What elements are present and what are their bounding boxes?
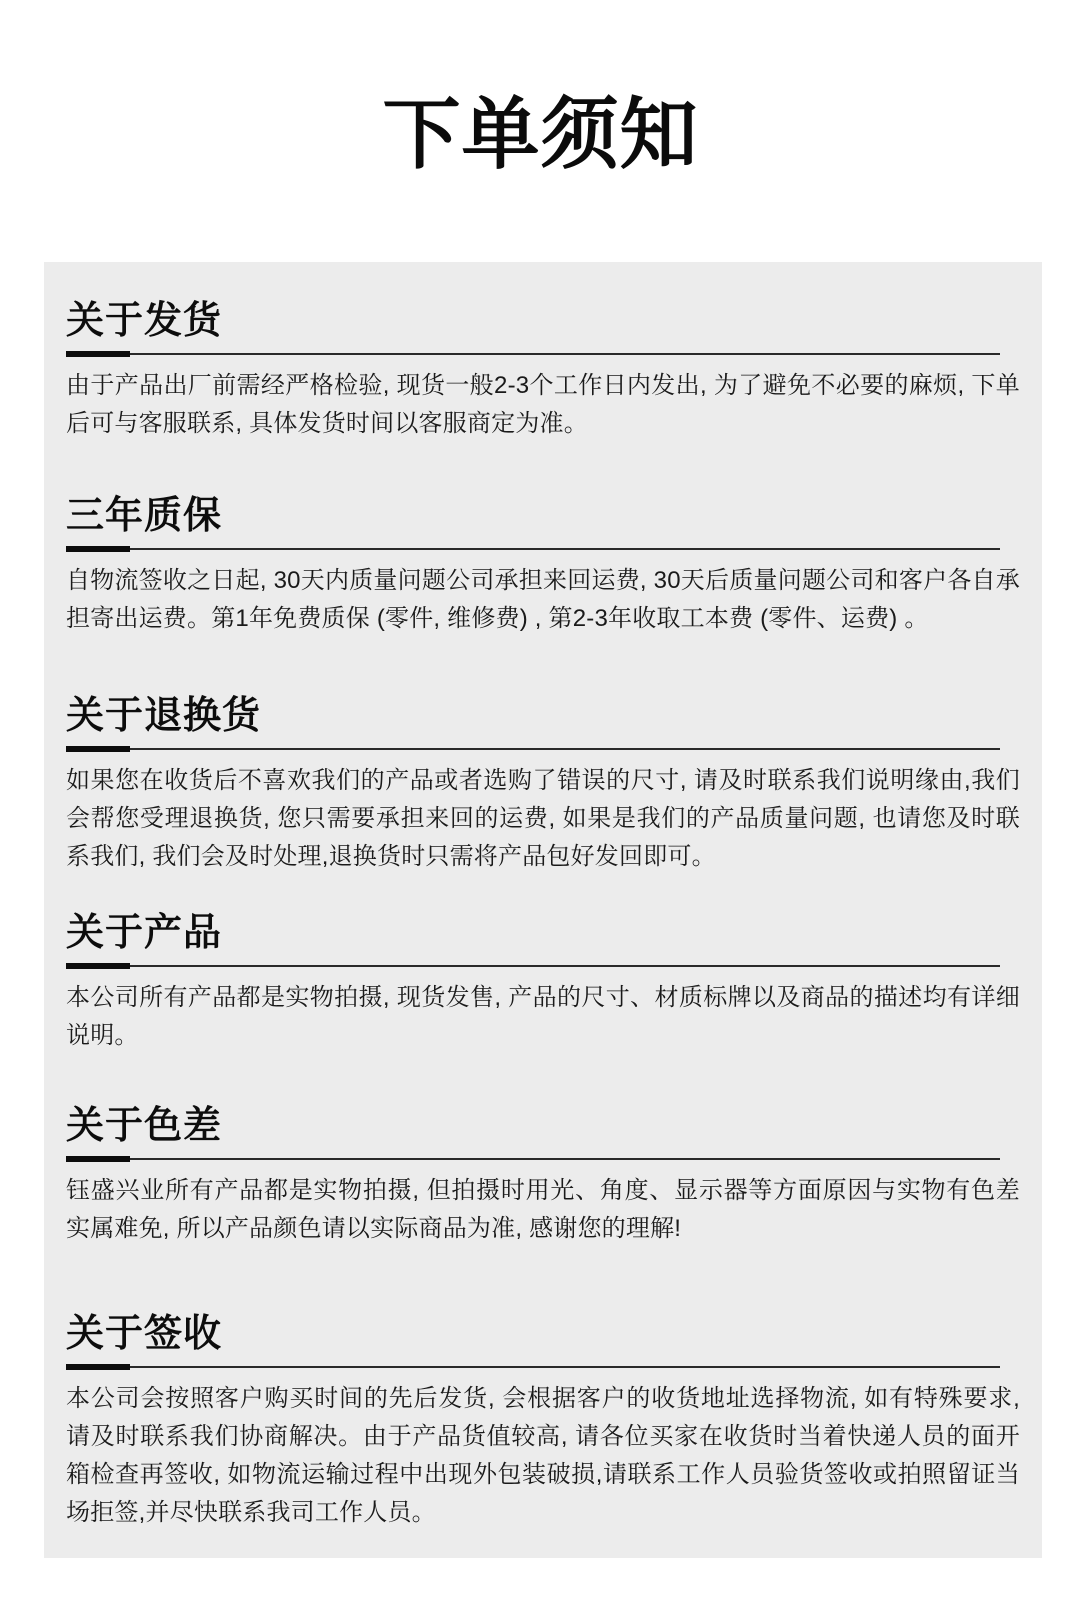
section-body: 由于产品出厂前需经严格检验, 现货一般2-3个工作日内发出, 为了避免不必要的麻…	[66, 367, 1020, 443]
section-receipt: 关于签收 本公司会按照客户购买时间的先后发货, 会根据客户的收货地址选择物流, …	[66, 1313, 1020, 1532]
heading-underline	[66, 746, 1000, 752]
section-heading: 关于退换货	[66, 695, 1020, 738]
section-heading: 三年质保	[66, 495, 1020, 538]
underline-accent-bar	[66, 351, 130, 357]
section-heading: 关于发货	[66, 300, 1020, 343]
underline-line	[130, 548, 1000, 550]
underline-accent-bar	[66, 963, 130, 969]
section-color-difference: 关于色差 钰盛兴业所有产品都是实物拍摄, 但拍摄时用光、角度、显示器等方面原因与…	[66, 1105, 1020, 1248]
heading-underline	[66, 1156, 1000, 1162]
heading-underline	[66, 1364, 1000, 1370]
underline-line	[130, 965, 1000, 967]
section-warranty: 三年质保 自物流签收之日起, 30天内质量问题公司承担来回运费, 30天后质量问…	[66, 495, 1020, 638]
notice-panel: 关于发货 由于产品出厂前需经严格检验, 现货一般2-3个工作日内发出, 为了避免…	[44, 262, 1042, 1558]
heading-underline	[66, 546, 1000, 552]
section-returns: 关于退换货 如果您在收货后不喜欢我们的产品或者选购了错误的尺寸, 请及时联系我们…	[66, 695, 1020, 876]
underline-line	[130, 353, 1000, 355]
page-header: 下单须知	[0, 0, 1081, 262]
section-shipping: 关于发货 由于产品出厂前需经严格检验, 现货一般2-3个工作日内发出, 为了避免…	[66, 300, 1020, 443]
section-heading: 关于签收	[66, 1313, 1020, 1356]
underline-accent-bar	[66, 546, 130, 552]
underline-line	[130, 1158, 1000, 1160]
underline-line	[130, 748, 1000, 750]
underline-line	[130, 1366, 1000, 1368]
section-body: 自物流签收之日起, 30天内质量问题公司承担来回运费, 30天后质量问题公司和客…	[66, 562, 1020, 638]
section-product: 关于产品 本公司所有产品都是实物拍摄, 现货发售, 产品的尺寸、材质标牌以及商品…	[66, 912, 1020, 1055]
section-body: 如果您在收货后不喜欢我们的产品或者选购了错误的尺寸, 请及时联系我们说明缘由,我…	[66, 762, 1020, 876]
section-heading: 关于色差	[66, 1105, 1020, 1148]
section-body: 钰盛兴业所有产品都是实物拍摄, 但拍摄时用光、角度、显示器等方面原因与实物有色差…	[66, 1172, 1020, 1248]
page-title: 下单须知	[382, 95, 698, 173]
heading-underline	[66, 963, 1000, 969]
section-body: 本公司所有产品都是实物拍摄, 现货发售, 产品的尺寸、材质标牌以及商品的描述均有…	[66, 979, 1020, 1055]
heading-underline	[66, 351, 1000, 357]
underline-accent-bar	[66, 1156, 130, 1162]
section-heading: 关于产品	[66, 912, 1020, 955]
section-body: 本公司会按照客户购买时间的先后发货, 会根据客户的收货地址选择物流, 如有特殊要…	[66, 1380, 1020, 1532]
underline-accent-bar	[66, 746, 130, 752]
underline-accent-bar	[66, 1364, 130, 1370]
